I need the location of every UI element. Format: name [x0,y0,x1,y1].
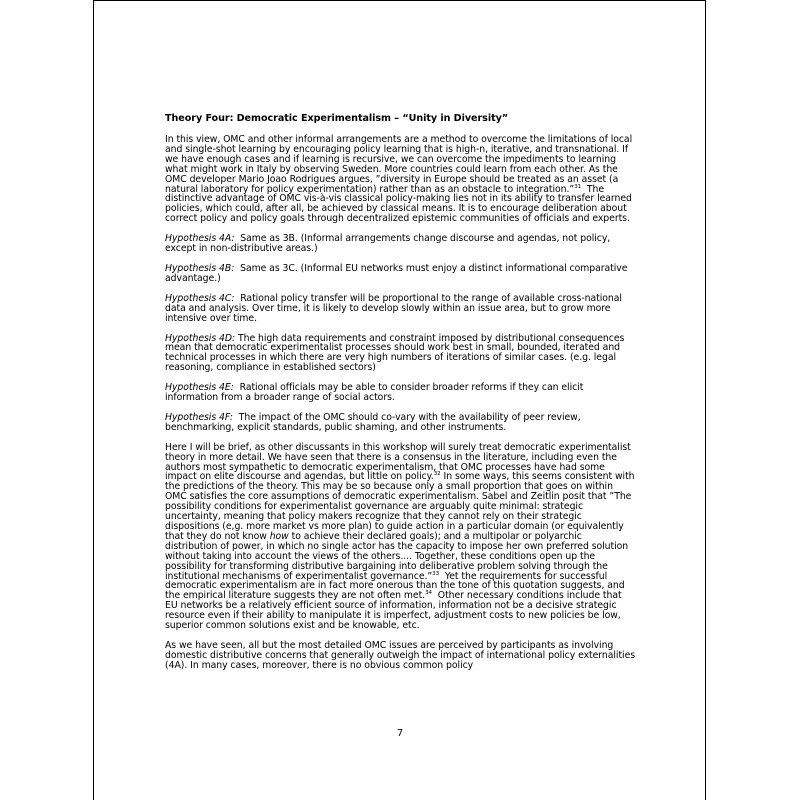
page-content: Theory Four: Democratic Experimentalism … [165,113,637,681]
hypothesis-4f: Hypothesis 4F: The impact of the OMC sho… [165,413,637,433]
hypothesis-4b: Hypothesis 4B: Same as 3C. (Informal EU … [165,264,637,284]
hypothesis-4d: Hypothesis 4D: The high data requirement… [165,334,637,374]
hypothesis-4a: Hypothesis 4A: Same as 3B. (Informal arr… [165,234,637,254]
footnote-ref[interactable]: 34 [425,590,432,596]
closing-paragraph: As we have seen, all but the most detail… [165,641,637,671]
intro-paragraph: In this view, OMC and other informal arr… [165,135,637,224]
footnote-ref[interactable]: 32 [434,471,441,477]
hypothesis-4c: Hypothesis 4C: Rational policy transfer … [165,294,637,324]
hypothesis-4e: Hypothesis 4E: Rational officials may be… [165,383,637,403]
discussion-paragraph: Here I will be brief, as other discussan… [165,443,637,631]
section-heading: Theory Four: Democratic Experimentalism … [165,113,637,124]
page-number: 7 [0,728,800,739]
